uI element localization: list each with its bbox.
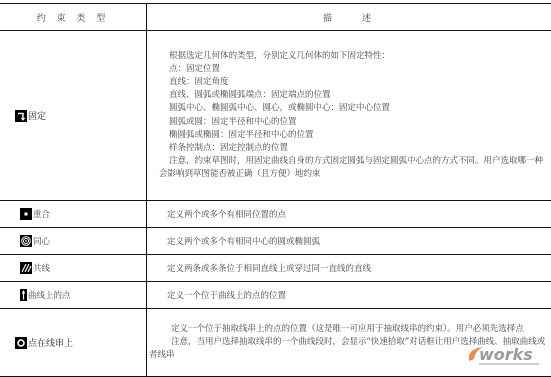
constraint-types-table: 约 束 类 型 描 述 固定 根据选定几何体的类型，分别定义几何体的如下固定特性… bbox=[0, 3, 551, 377]
type-cell: 曲线上的点 bbox=[0, 282, 147, 309]
description-line: 直线、圆弧或椭圆弧端点：固定端点的位置 bbox=[159, 89, 547, 102]
point-on-string-icon bbox=[15, 337, 27, 349]
fix-icon bbox=[15, 110, 27, 122]
description-cell: 根据选定几何体的类型，分别定义几何体的如下固定特性： 点：固定位置 直线：固定角… bbox=[147, 31, 551, 201]
description-cell: 定义一个位于曲线上的点的位置 bbox=[147, 282, 551, 309]
description-line: 椭圆弧或椭圆：固定半径和中心的位置 bbox=[159, 129, 547, 142]
description-line: 直线：固定角度 bbox=[159, 76, 547, 89]
header-description: 描 述 bbox=[147, 4, 551, 31]
type-label: 点在线串上 bbox=[28, 336, 73, 349]
type-label: 重合 bbox=[33, 208, 50, 220]
description-line: 圆弧中心、椭圆弧中心、圆心，或椭圆中心：固定中心位置 bbox=[159, 102, 547, 115]
table-row-concentric: 同心 定义两个或多个有相同中心的圆或椭圆弧 bbox=[0, 228, 551, 255]
header-constraint-type: 约 束 类 型 bbox=[0, 4, 147, 31]
type-cell: 点在线串上 bbox=[0, 309, 147, 377]
type-label: 固定 bbox=[28, 109, 46, 122]
description-cell: 定义两条或多条位于相同直线上或穿过同一直线的直线 bbox=[147, 255, 551, 282]
description-cell: 定义两个或多个有相同位置的点 bbox=[147, 201, 551, 228]
type-cell: 重合 bbox=[0, 201, 147, 228]
concentric-icon bbox=[20, 235, 32, 247]
description-line: 样条控制点：固定控制点的位置 bbox=[159, 142, 547, 155]
type-label: 共线 bbox=[33, 262, 50, 274]
coincident-icon bbox=[20, 208, 32, 220]
type-cell: 同心 bbox=[0, 228, 147, 255]
description-line: 定义一个位于抽取线串上的点的位置（这是唯一可应用于抽取线串的约束）。用户必须先选… bbox=[149, 323, 547, 336]
type-cell: 固定 bbox=[0, 31, 147, 201]
table-header-row: 约 束 类 型 描 述 bbox=[0, 4, 551, 31]
svg-text:works: works bbox=[479, 345, 533, 364]
description-line: 圆弧或圆：固定半径和中心的位置 bbox=[159, 116, 547, 129]
type-label: 曲线上的点 bbox=[28, 289, 71, 301]
description-cell: 定义两个或多个有相同中心的圆或椭圆弧 bbox=[147, 228, 551, 255]
description-note: 注意，约束草图时，用固定曲线自身的方式固定圆弧与固定圆弧中心点的方式不同。用户选… bbox=[159, 155, 547, 181]
collinear-icon bbox=[20, 262, 32, 274]
description-line: 点：固定位置 bbox=[159, 63, 547, 76]
table-row-coincident: 重合 定义两个或多个有相同位置的点 bbox=[0, 201, 551, 228]
table-row-fixed: 固定 根据选定几何体的类型，分别定义几何体的如下固定特性： 点：固定位置 直线：… bbox=[0, 31, 551, 201]
type-label: 同心 bbox=[33, 235, 50, 247]
description-line: 根据选定几何体的类型，分别定义几何体的如下固定特性： bbox=[159, 50, 547, 63]
type-cell: 共线 bbox=[0, 255, 147, 282]
table-row-point-on-curve: 曲线上的点 定义一个位于曲线上的点的位置 bbox=[0, 282, 551, 309]
point-on-curve-icon bbox=[20, 289, 27, 301]
e-works-watermark-logo: works bbox=[465, 343, 543, 367]
table-row-collinear: 共线 定义两条或多条位于相同直线上或穿过同一直线的直线 bbox=[0, 255, 551, 282]
